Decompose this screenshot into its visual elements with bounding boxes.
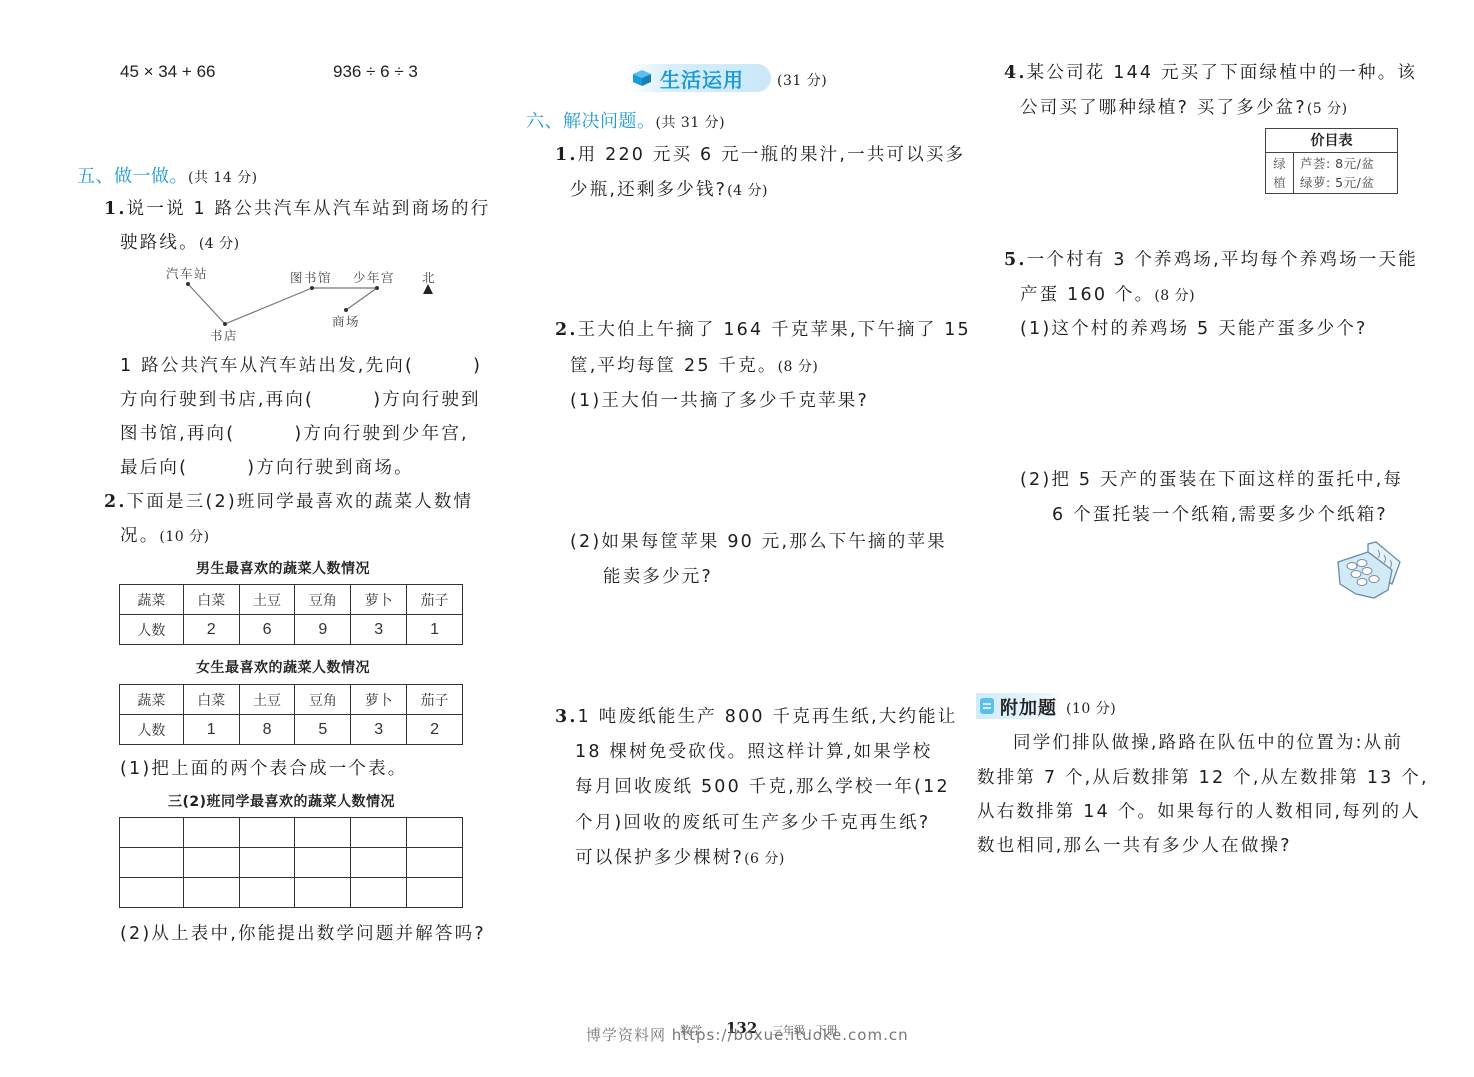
fill-line-2[interactable]: 方向行驶到书店,再向( )方向行驶到 (120, 383, 481, 417)
map-label-bus-station: 汽车站 (166, 264, 208, 282)
table-cell: 6 (239, 615, 295, 645)
blank-cell[interactable] (239, 818, 295, 848)
route-map: 汽车站 图书馆 少年宫 北 书店 商场 (150, 262, 450, 352)
question-text: 一个村有 3 个养鸡场,平均每个养鸡场一天能 (1027, 250, 1418, 270)
table-row (120, 848, 463, 878)
fill-line-1[interactable]: 1 路公共汽车从汽车站出发,先向( ) (120, 349, 482, 383)
question-6-3-line3: 每月回收废纸 500 千克,那么学校一年(12 (575, 770, 950, 804)
blank-cell[interactable] (183, 818, 239, 848)
price-item-aloe: 芦荟: 8元/盆 (1300, 154, 1374, 173)
bonus-line-3: 从右数排第 14 个。如果每行的人数相同,每列的人 (977, 795, 1421, 829)
question-6-2: 2.王大伯上午摘了 164 千克苹果,下午摘了 15 (555, 313, 971, 347)
question-6-1-line2: 少瓶,还剩多少钱?(4 分) (570, 173, 768, 208)
sub-question-2: (2)把 5 天产的蛋装在下面这样的蛋托中,每 (1020, 463, 1403, 497)
table-row: 人数 1 8 5 3 2 (120, 715, 463, 745)
question-points: (8 分) (1154, 288, 1195, 304)
table-cell: 萝卜 (351, 585, 407, 615)
blank-cell[interactable] (239, 878, 295, 908)
table-row: 蔬菜 白菜 土豆 豆角 萝卜 茄子 (120, 685, 463, 715)
question-number: 1. (104, 199, 127, 219)
category-char: 绿 (1266, 154, 1293, 173)
table-cell: 茄子 (407, 685, 463, 715)
table-cell: 萝卜 (351, 685, 407, 715)
expression-1: 45 × 34 + 66 (120, 62, 215, 82)
sub-question-1: (1)王大伯一共摘了多少千克苹果? (570, 384, 869, 418)
table-cell: 3 (351, 615, 407, 645)
table-cell: 1 (183, 715, 239, 745)
question-text: 产蛋 160 个。 (1020, 285, 1154, 305)
question-text: 可以保护多少棵树? (575, 848, 744, 868)
question-5-1-line2: 驶路线。(4 分) (120, 226, 240, 261)
combined-table-caption: 三(2)班同学最喜欢的蔬菜人数情况 (168, 791, 395, 811)
question-6-3: 3.1 吨废纸能生产 800 千克再生纸,大约能让 (555, 700, 958, 734)
map-label-mall: 商场 (332, 312, 360, 330)
section6-heading: 六、解决问题。(共 31 分) (526, 107, 725, 133)
price-item-pothos: 绿萝: 5元/盆 (1300, 173, 1374, 192)
question-text: 用 220 元买 6 元一瓶的果汁,一共可以买多 (578, 145, 966, 165)
blank-cell[interactable] (407, 878, 463, 908)
table-cell: 土豆 (239, 585, 295, 615)
fill-line-4[interactable]: 最后向( )方向行驶到商场。 (120, 451, 414, 485)
table-cell: 白菜 (183, 585, 239, 615)
bonus-line-2: 数排第 7 个,从后数排第 12 个,从左数排第 13 个, (977, 761, 1429, 795)
question-points: (4 分) (727, 183, 768, 199)
question-text: 说一说 1 路公共汽车从汽车站到商场的行 (127, 199, 491, 219)
question-5: 5.一个村有 3 个养鸡场,平均每个养鸡场一天能 (1004, 243, 1418, 277)
question-points: (6 分) (744, 851, 785, 867)
question-text: 某公司花 144 元买了下面绿植中的一种。该 (1027, 63, 1417, 83)
sub-question-1: (1)把上面的两个表合成一个表。 (120, 752, 408, 786)
question-text: 筐,平均每筐 25 千克。 (570, 356, 778, 376)
question-4-line2: 公司买了哪种绿植? 买了多少盆?(5 分) (1020, 91, 1348, 126)
question-6-2-line2: 筐,平均每筐 25 千克。(8 分) (570, 349, 818, 384)
blank-cell[interactable] (120, 878, 184, 908)
cube-icon (632, 69, 652, 87)
table-cell: 白菜 (183, 685, 239, 715)
blank-cell[interactable] (183, 878, 239, 908)
bonus-line-1: 同学们排队做操,路路在队伍中的位置为:从前 (1013, 726, 1403, 760)
blank-cell[interactable] (295, 848, 351, 878)
question-6-1: 1.用 220 元买 6 元一瓶的果汁,一共可以买多 (555, 138, 965, 172)
question-points: (4 分) (199, 236, 240, 252)
girls-table-caption: 女生最喜欢的蔬菜人数情况 (196, 657, 370, 677)
table-cell: 人数 (120, 615, 184, 645)
table-cell: 2 (183, 615, 239, 645)
question-number: 2. (104, 492, 127, 512)
table-cell: 9 (295, 615, 351, 645)
price-table: 价目表 绿 植 芦荟: 8元/盆 绿萝: 5元/盆 (1265, 128, 1398, 194)
question-points: (8 分) (778, 359, 819, 375)
table-row (120, 878, 463, 908)
question-text: 公司买了哪种绿植? 买了多少盆? (1020, 98, 1307, 118)
bonus-points: (10 分) (1066, 698, 1116, 718)
bonus-icon (979, 697, 995, 715)
sub-question-2: (2)如果每筐苹果 90 元,那么下午摘的苹果 (570, 525, 947, 559)
table-cell: 蔬菜 (120, 685, 184, 715)
combined-table[interactable] (119, 817, 463, 908)
boys-table: 蔬菜 白菜 土豆 豆角 萝卜 茄子 人数 2 6 9 3 1 (119, 584, 463, 645)
watermark: 博学资料网 https://boxue.ituoke.com.cn (586, 1024, 909, 1045)
question-6-3-line4: 个月)回收的废纸可生产多少千克再生纸? (575, 806, 930, 840)
question-text: 况。 (120, 526, 159, 546)
section5-points: (共 14 分) (188, 170, 258, 186)
blank-cell[interactable] (120, 848, 184, 878)
blank-cell[interactable] (351, 818, 407, 848)
map-label-bookstore: 书店 (210, 326, 238, 344)
girls-table: 蔬菜 白菜 土豆 豆角 萝卜 茄子 人数 1 8 5 3 2 (119, 684, 463, 745)
table-cell: 茄子 (407, 585, 463, 615)
blank-cell[interactable] (120, 818, 184, 848)
section5-heading: 五、做一做。(共 14 分) (77, 162, 258, 188)
blank-cell[interactable] (295, 878, 351, 908)
blank-cell[interactable] (407, 848, 463, 878)
map-label-north: 北 (422, 268, 436, 286)
question-6-3-line5: 可以保护多少棵树?(6 分) (575, 841, 785, 876)
bonus-label: 附加题 (1000, 694, 1057, 720)
map-label-youth-palace: 少年宫 (353, 268, 395, 286)
table-cell: 豆角 (295, 685, 351, 715)
question-number: 5. (1004, 250, 1027, 270)
sub-question-2-line2: 能卖多少元? (603, 560, 713, 594)
map-label-library: 图书馆 (290, 268, 332, 286)
table-cell: 人数 (120, 715, 184, 745)
category-char: 植 (1266, 173, 1293, 192)
table-row: 人数 2 6 9 3 1 (120, 615, 463, 645)
question-points: (5 分) (1307, 101, 1348, 117)
blank-cell[interactable] (295, 818, 351, 848)
question-text: 王大伯上午摘了 164 千克苹果,下午摘了 15 (578, 320, 971, 340)
question-5-2-line2: 况。(10 分) (120, 519, 210, 554)
question-text: 少瓶,还剩多少钱? (570, 180, 727, 200)
question-6-3-line2: 18 棵树免受砍伐。照这样计算,如果学校 (575, 735, 932, 769)
bonus-line-4: 数也相同,那么一共有多少人在做操? (977, 829, 1292, 863)
badge-label: 生活运用 (660, 64, 744, 93)
badge-points: (31 分) (777, 70, 827, 90)
price-table-title: 价目表 (1266, 129, 1397, 153)
question-5-line2: 产蛋 160 个。(8 分) (1020, 278, 1195, 313)
question-text: 下面是三(2)班同学最喜欢的蔬菜人数情 (127, 492, 474, 512)
question-4: 4.某公司花 144 元买了下面绿植中的一种。该 (1004, 56, 1417, 90)
table-cell: 3 (351, 715, 407, 745)
table-cell: 8 (239, 715, 295, 745)
blank-cell[interactable] (183, 848, 239, 878)
question-text: 1 吨废纸能生产 800 千克再生纸,大约能让 (578, 707, 958, 727)
question-number: 2. (555, 320, 578, 340)
section5-title: 五、做一做。 (77, 166, 188, 187)
blank-cell[interactable] (351, 878, 407, 908)
sub-question-2-line2: 6 个蛋托装一个纸箱,需要多少个纸箱? (1052, 498, 1388, 532)
question-number: 1. (555, 145, 578, 165)
table-row: 蔬菜 白菜 土豆 豆角 萝卜 茄子 (120, 585, 463, 615)
table-cell: 1 (407, 615, 463, 645)
section6-points: (共 31 分) (656, 115, 726, 131)
table-cell: 土豆 (239, 685, 295, 715)
table-cell: 豆角 (295, 585, 351, 615)
question-text: 驶路线。 (120, 233, 199, 253)
egg-carton-icon (1334, 540, 1402, 602)
table-cell: 5 (295, 715, 351, 745)
question-5-2: 2.下面是三(2)班同学最喜欢的蔬菜人数情 (104, 485, 473, 519)
expression-2: 936 ÷ 6 ÷ 3 (333, 62, 418, 82)
table-row (120, 818, 463, 848)
question-number: 3. (555, 707, 578, 727)
blank-cell[interactable] (407, 818, 463, 848)
question-number: 4. (1004, 63, 1027, 83)
section6-title: 六、解决问题。 (526, 111, 656, 132)
price-table-category: 绿 植 (1266, 153, 1294, 193)
question-points: (10 分) (159, 529, 209, 545)
blank-cell[interactable] (351, 848, 407, 878)
fill-line-3[interactable]: 图书馆,再向( )方向行驶到少年宫, (120, 417, 469, 451)
table-cell: 蔬菜 (120, 585, 184, 615)
boys-table-caption: 男生最喜欢的蔬菜人数情况 (196, 558, 370, 578)
sub-question-2: (2)从上表中,你能提出数学问题并解答吗? (120, 917, 486, 951)
sub-question-1: (1)这个村的养鸡场 5 天能产蛋多少个? (1020, 312, 1368, 346)
table-cell: 2 (407, 715, 463, 745)
question-5-1: 1.说一说 1 路公共汽车从汽车站到商场的行 (104, 192, 490, 226)
blank-cell[interactable] (239, 848, 295, 878)
